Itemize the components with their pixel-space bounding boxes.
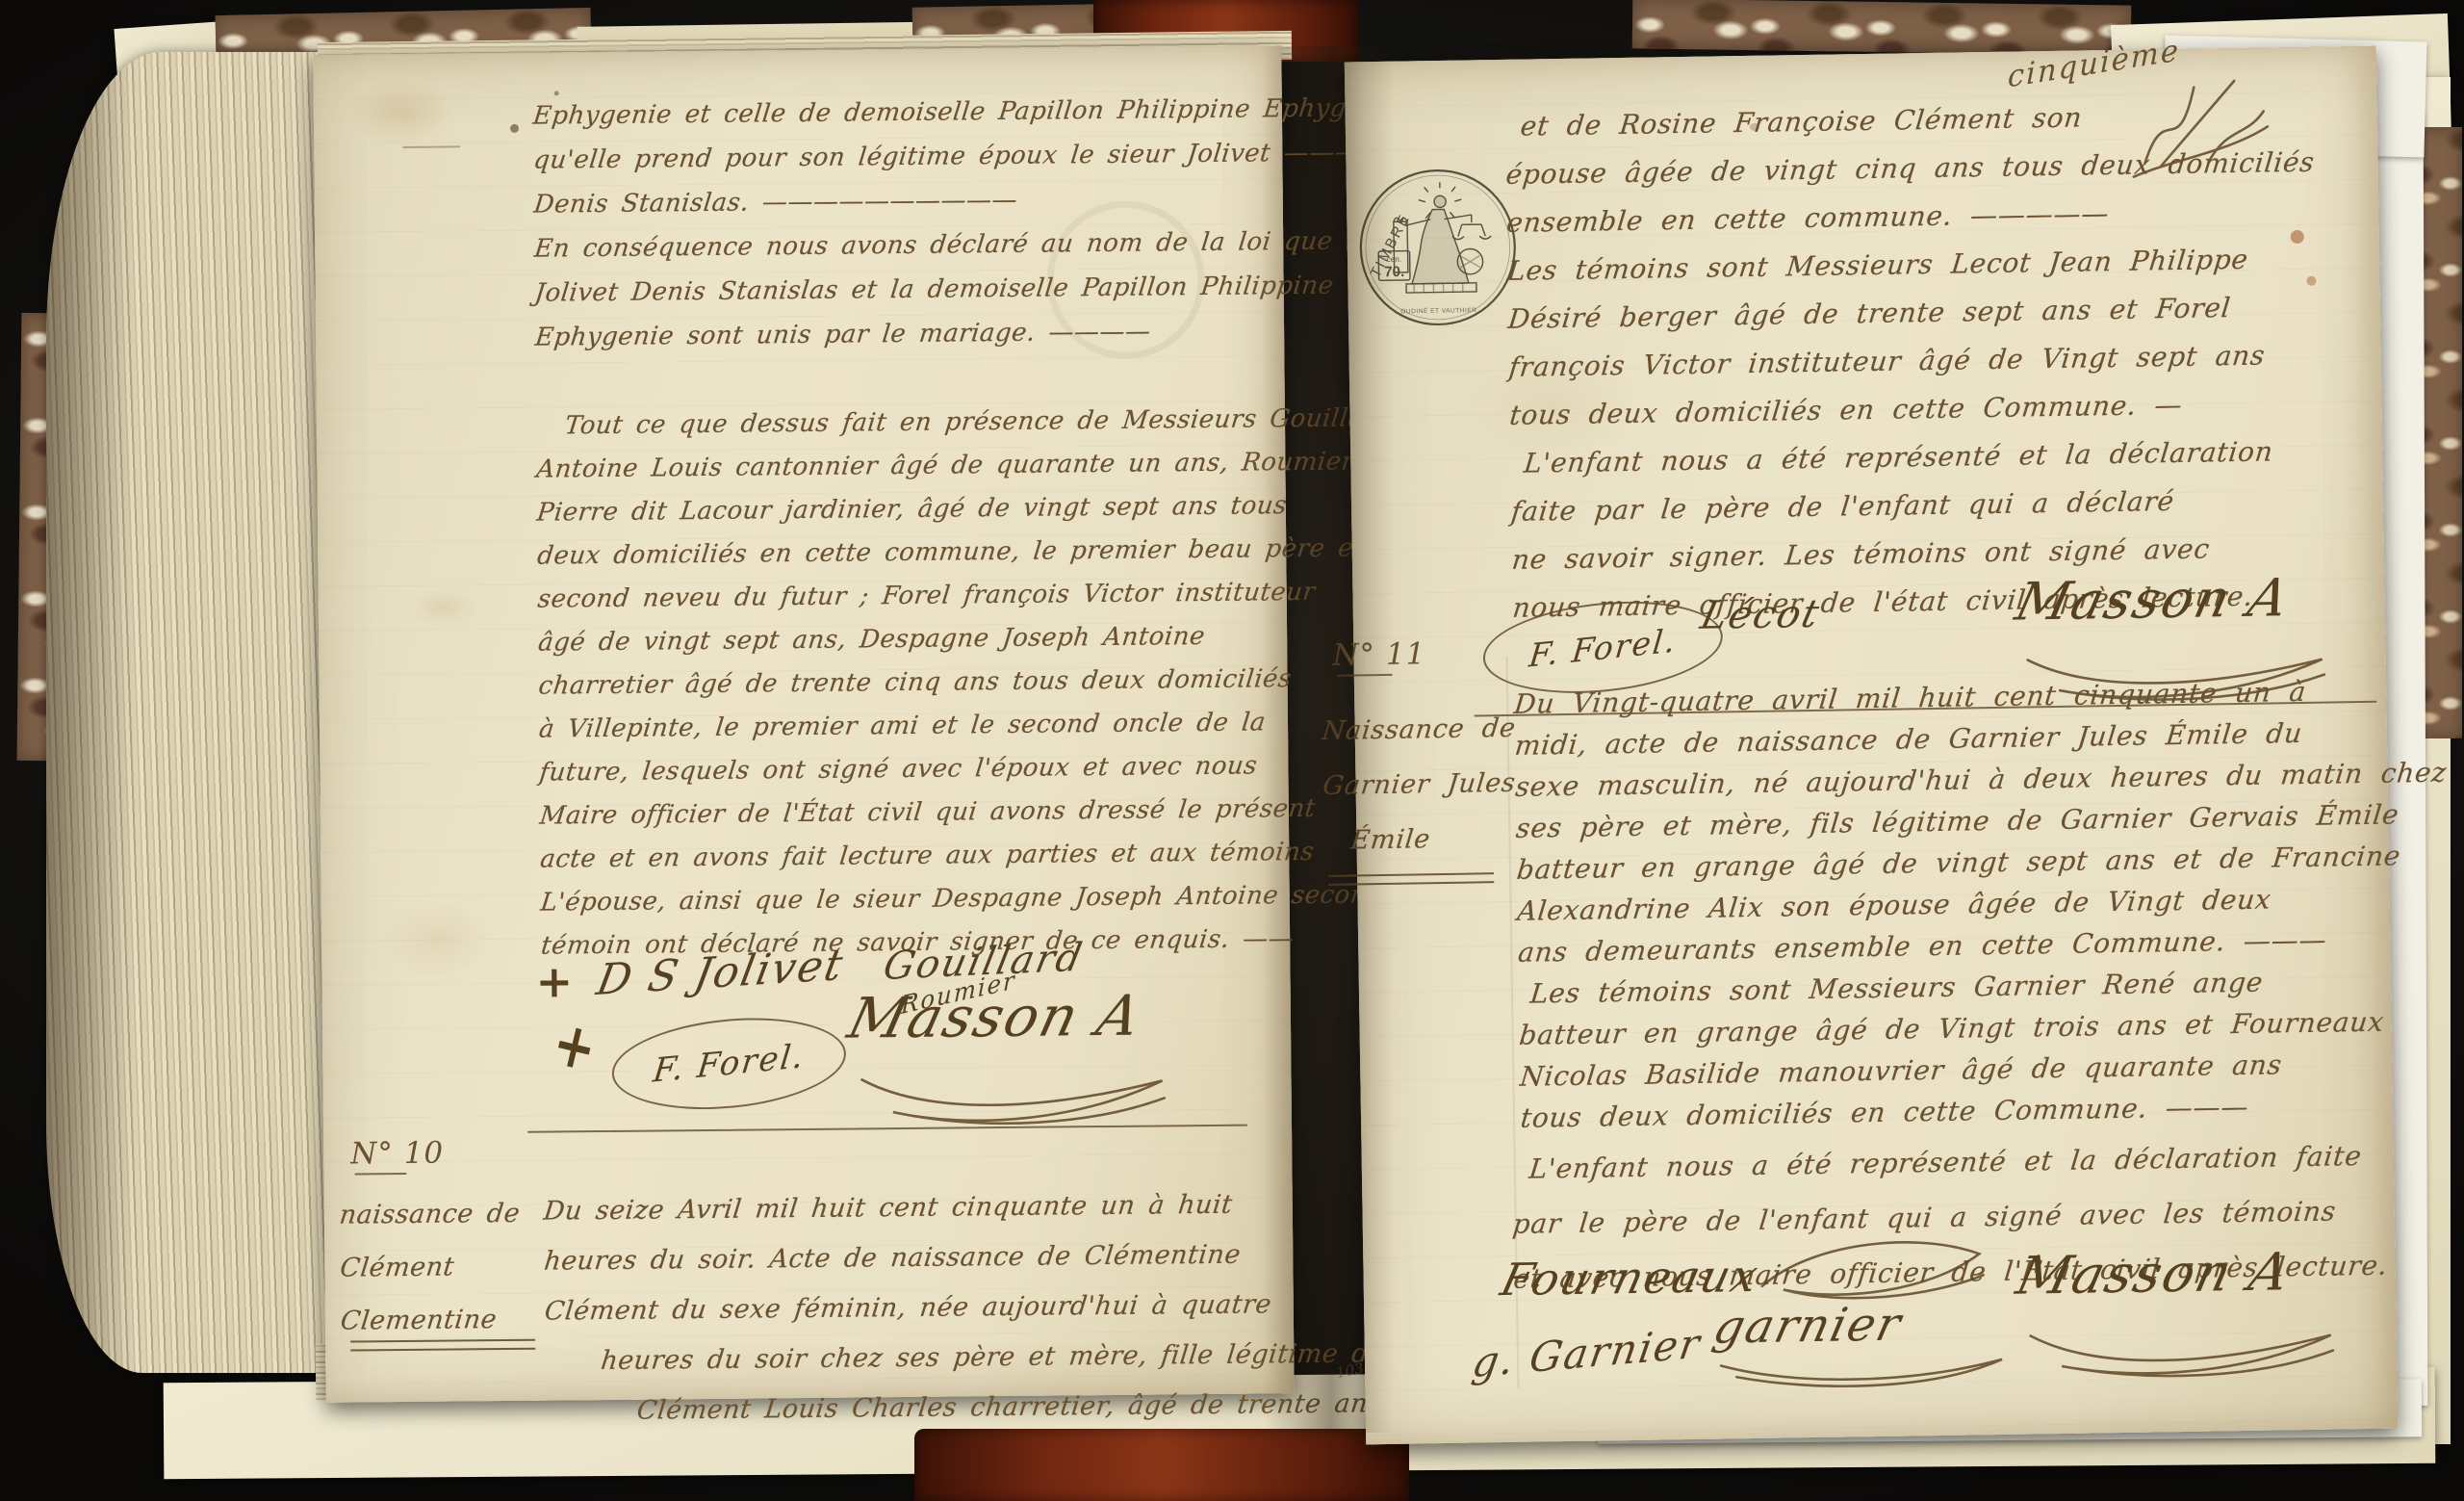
page-stack-fore-edge bbox=[46, 52, 327, 1373]
signature-forel: F. Forel. bbox=[651, 1037, 807, 1091]
manuscript-line: Du seize Avril mil huit cent cinquante u… bbox=[541, 1178, 1386, 1236]
registry-book-photograph: Ephygenie et celle de demoiselle Papillo… bbox=[0, 0, 2464, 1501]
margin-note-act10: naissance deClémentClementine bbox=[340, 1187, 522, 1348]
signature-forel-oval: F. Forel. bbox=[608, 1008, 851, 1119]
signature-cross-mark: + bbox=[535, 955, 573, 1007]
left-page: Ephygenie et celle de demoiselle Papillo… bbox=[313, 45, 1294, 1403]
signature-g-garnier: g. Garnier bbox=[1469, 1319, 1705, 1386]
justice-figure bbox=[1393, 181, 1492, 293]
signature-garnier: garnier bbox=[1708, 1297, 1908, 1354]
right-page: cinquième bbox=[1345, 46, 2398, 1445]
act-number-underline bbox=[354, 1173, 406, 1176]
foxing-stain bbox=[379, 900, 496, 978]
birth-act-10-continuation: et de Rosine Françoise Clément sonépouse… bbox=[1504, 91, 2322, 633]
act-number: N° 10 bbox=[350, 1136, 444, 1172]
book-gutter-shadow bbox=[1263, 46, 1394, 1433]
signature-cross-mark: + bbox=[546, 1006, 603, 1087]
ink-speck bbox=[510, 124, 519, 133]
foxing-stain bbox=[410, 587, 477, 627]
margin-line: naissance de bbox=[337, 1187, 523, 1242]
signature-flourish bbox=[854, 1059, 1172, 1129]
birth-act-11: Du Vingt-quatre avril mil huit cent cinq… bbox=[1514, 669, 2452, 1139]
signature-flourish bbox=[2022, 1313, 2341, 1382]
stamp-engraver: OUDINÉ ET VAUTHIER bbox=[1400, 305, 1476, 315]
birth-act-10: Du seize Avril mil huit cent cinquante u… bbox=[544, 1178, 1386, 1436]
marbled-paper-strip bbox=[1632, 0, 2132, 56]
signature-lecot: Lécot bbox=[1696, 592, 1825, 638]
signature-masson: Masson A bbox=[842, 983, 1148, 1051]
signature-forel: F. Forel. bbox=[1527, 621, 1679, 674]
signature-masson: Masson A bbox=[2010, 567, 2296, 633]
signature-fourneaux: Fourneaux bbox=[1496, 1250, 1764, 1306]
margin-line: Clément bbox=[337, 1240, 523, 1295]
foxing-stain bbox=[348, 78, 455, 146]
margin-dash bbox=[402, 145, 460, 148]
signature-masson: Masson A bbox=[2011, 1241, 2297, 1307]
signature-underline-flourish bbox=[1717, 1354, 2007, 1393]
manuscript-line: heures du soir. Acte de naissance de Clé… bbox=[541, 1229, 1386, 1286]
leather-spine-bottom bbox=[914, 1429, 1409, 1501]
margin-double-rule bbox=[350, 1339, 535, 1352]
manuscript-line: Clément du sexe féminin, née aujourd'hui… bbox=[542, 1279, 1387, 1336]
